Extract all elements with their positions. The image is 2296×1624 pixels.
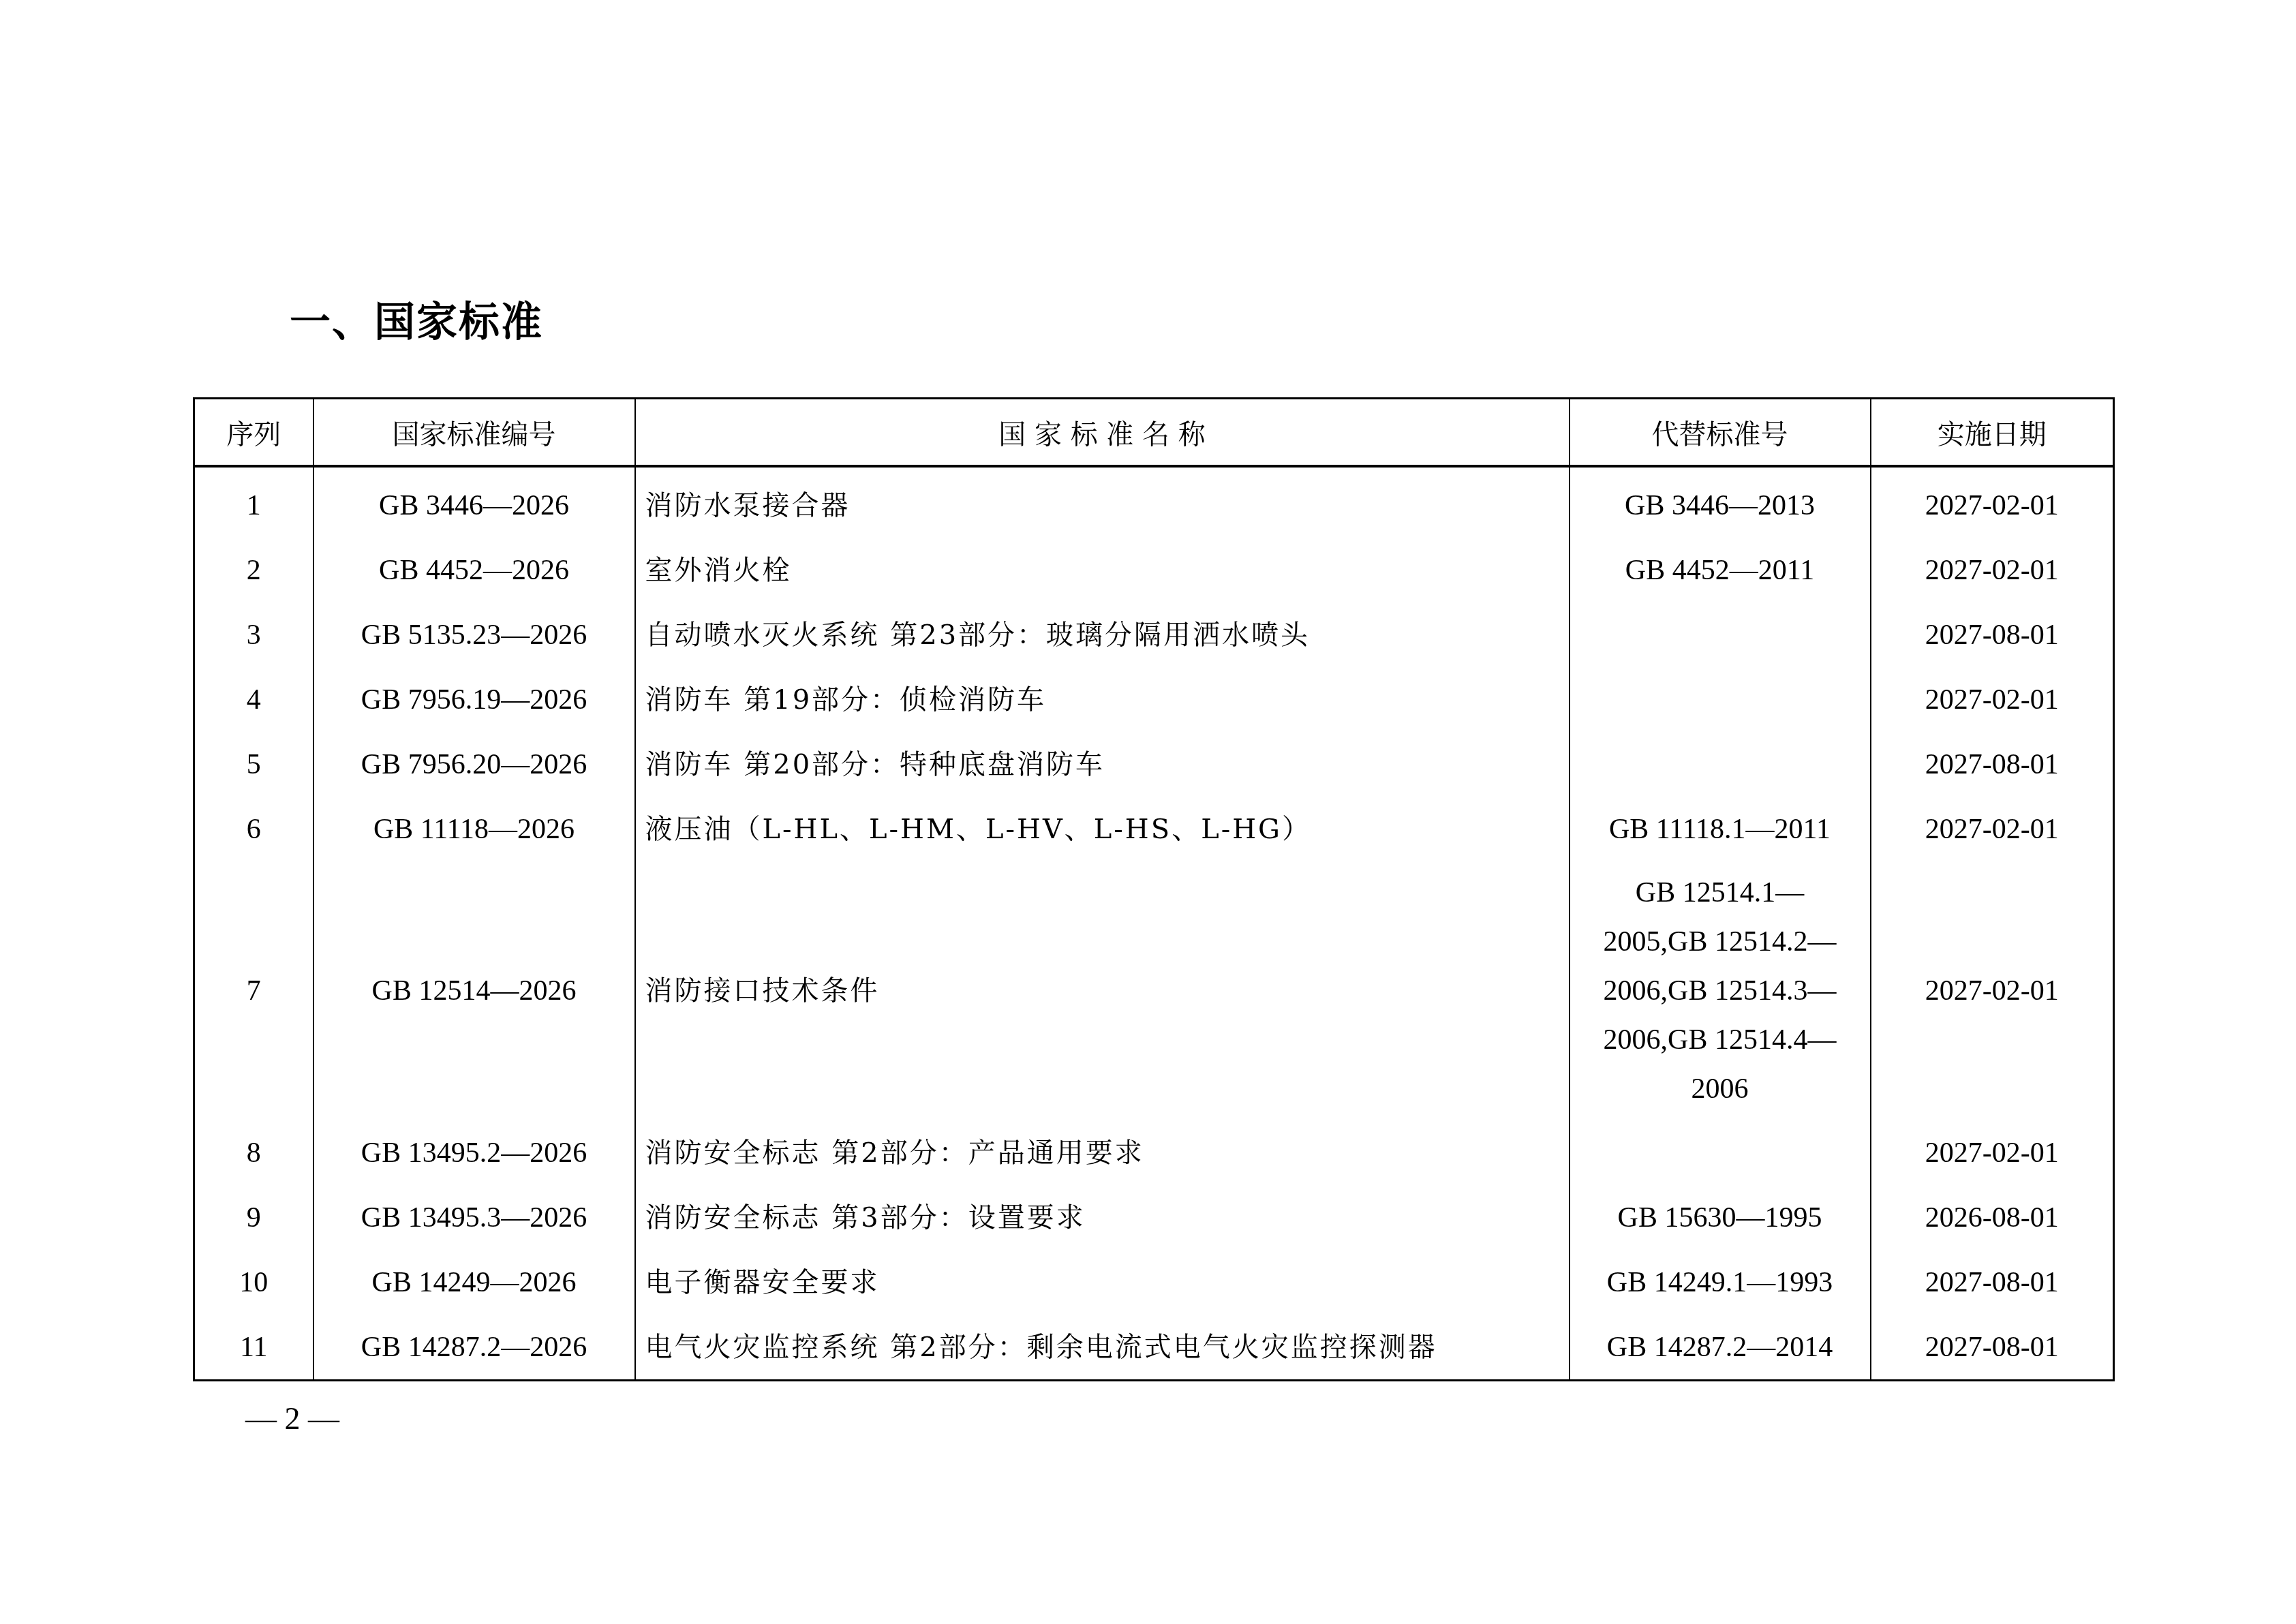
cell-seq: 1 xyxy=(194,466,313,538)
cell-date: 2027-08-01 xyxy=(1871,1315,2114,1381)
cell-code: GB 11118—2026 xyxy=(313,797,635,861)
cell-date: 2027-02-01 xyxy=(1871,1120,2114,1185)
cell-seq: 2 xyxy=(194,538,313,602)
cell-name: 电气火灾监控系统 第2部分：剩余电流式电气火灾监控探测器 xyxy=(635,1315,1570,1381)
table-row: 7GB 12514—2026消防接口技术条件GB 12514.1—2005,GB… xyxy=(194,861,2114,1120)
cell-seq: 6 xyxy=(194,797,313,861)
table-row: 1GB 3446—2026消防水泵接合器GB 3446—20132027-02-… xyxy=(194,466,2114,538)
header-name: 国 家 标 准 名 称 xyxy=(635,399,1570,467)
cell-replaces: GB 4452—2011 xyxy=(1570,538,1871,602)
cell-seq: 8 xyxy=(194,1120,313,1185)
cell-code: GB 7956.20—2026 xyxy=(313,732,635,797)
cell-seq: 4 xyxy=(194,667,313,732)
header-date: 实施日期 xyxy=(1871,399,2114,467)
cell-name: 消防水泵接合器 xyxy=(635,466,1570,538)
table-row: 5GB 7956.20—2026消防车 第20部分：特种底盘消防车2027-08… xyxy=(194,732,2114,797)
cell-date: 2026-08-01 xyxy=(1871,1185,2114,1250)
cell-code: GB 5135.23—2026 xyxy=(313,602,635,667)
table-row: 3GB 5135.23—2026自动喷水灭火系统 第23部分：玻璃分隔用洒水喷头… xyxy=(194,602,2114,667)
cell-date: 2027-08-01 xyxy=(1871,602,2114,667)
cell-replaces: GB 14249.1—1993 xyxy=(1570,1250,1871,1315)
cell-seq: 9 xyxy=(194,1185,313,1250)
cell-name: 消防安全标志 第3部分：设置要求 xyxy=(635,1185,1570,1250)
header-replaces: 代替标准号 xyxy=(1570,399,1871,467)
cell-date: 2027-02-01 xyxy=(1871,667,2114,732)
cell-replaces xyxy=(1570,667,1871,732)
cell-code: GB 4452—2026 xyxy=(313,538,635,602)
table-row: 4GB 7956.19—2026消防车 第19部分：侦检消防车2027-02-0… xyxy=(194,667,2114,732)
table-row: 10GB 14249—2026电子衡器安全要求GB 14249.1—199320… xyxy=(194,1250,2114,1315)
cell-replaces: GB 12514.1—2005,GB 12514.2—2006,GB 12514… xyxy=(1570,861,1871,1120)
cell-replaces: GB 15630—1995 xyxy=(1570,1185,1871,1250)
cell-date: 2027-08-01 xyxy=(1871,732,2114,797)
cell-replaces xyxy=(1570,732,1871,797)
header-seq: 序列 xyxy=(194,399,313,467)
cell-code: GB 3446—2026 xyxy=(313,466,635,538)
page-number: — 2 — xyxy=(245,1400,339,1437)
section-title: 一、国家标准 xyxy=(290,290,543,348)
table-row: 6GB 11118—2026液压油（L-HL、L-HM、L-HV、L-HS、L-… xyxy=(194,797,2114,861)
table-header-row: 序列 国家标准编号 国 家 标 准 名 称 代替标准号 实施日期 xyxy=(194,399,2114,467)
table-row: 2GB 4452—2026室外消火栓GB 4452—20112027-02-01 xyxy=(194,538,2114,602)
cell-seq: 5 xyxy=(194,732,313,797)
cell-code: GB 14287.2—2026 xyxy=(313,1315,635,1381)
cell-date: 2027-02-01 xyxy=(1871,797,2114,861)
standards-table: 序列 国家标准编号 国 家 标 准 名 称 代替标准号 实施日期 1GB 344… xyxy=(193,397,2115,1381)
cell-name: 消防车 第20部分：特种底盘消防车 xyxy=(635,732,1570,797)
cell-date: 2027-08-01 xyxy=(1871,1250,2114,1315)
table-row: 11GB 14287.2—2026电气火灾监控系统 第2部分：剩余电流式电气火灾… xyxy=(194,1315,2114,1381)
cell-code: GB 13495.2—2026 xyxy=(313,1120,635,1185)
cell-replaces xyxy=(1570,1120,1871,1185)
cell-name: 自动喷水灭火系统 第23部分：玻璃分隔用洒水喷头 xyxy=(635,602,1570,667)
header-code: 国家标准编号 xyxy=(313,399,635,467)
cell-name: 消防接口技术条件 xyxy=(635,861,1570,1120)
cell-seq: 10 xyxy=(194,1250,313,1315)
cell-seq: 11 xyxy=(194,1315,313,1381)
cell-code: GB 13495.3—2026 xyxy=(313,1185,635,1250)
cell-replaces xyxy=(1570,602,1871,667)
cell-code: GB 14249—2026 xyxy=(313,1250,635,1315)
cell-name: 电子衡器安全要求 xyxy=(635,1250,1570,1315)
cell-code: GB 7956.19—2026 xyxy=(313,667,635,732)
cell-date: 2027-02-01 xyxy=(1871,466,2114,538)
cell-name: 消防安全标志 第2部分：产品通用要求 xyxy=(635,1120,1570,1185)
cell-date: 2027-02-01 xyxy=(1871,861,2114,1120)
cell-name: 液压油（L-HL、L-HM、L-HV、L-HS、L-HG） xyxy=(635,797,1570,861)
table-row: 8GB 13495.2—2026消防安全标志 第2部分：产品通用要求2027-0… xyxy=(194,1120,2114,1185)
cell-name: 消防车 第19部分：侦检消防车 xyxy=(635,667,1570,732)
cell-name: 室外消火栓 xyxy=(635,538,1570,602)
cell-seq: 3 xyxy=(194,602,313,667)
cell-date: 2027-02-01 xyxy=(1871,538,2114,602)
table-row: 9GB 13495.3—2026消防安全标志 第3部分：设置要求GB 15630… xyxy=(194,1185,2114,1250)
cell-seq: 7 xyxy=(194,861,313,1120)
cell-code: GB 12514—2026 xyxy=(313,861,635,1120)
cell-replaces: GB 14287.2—2014 xyxy=(1570,1315,1871,1381)
cell-replaces: GB 3446—2013 xyxy=(1570,466,1871,538)
cell-replaces: GB 11118.1—2011 xyxy=(1570,797,1871,861)
